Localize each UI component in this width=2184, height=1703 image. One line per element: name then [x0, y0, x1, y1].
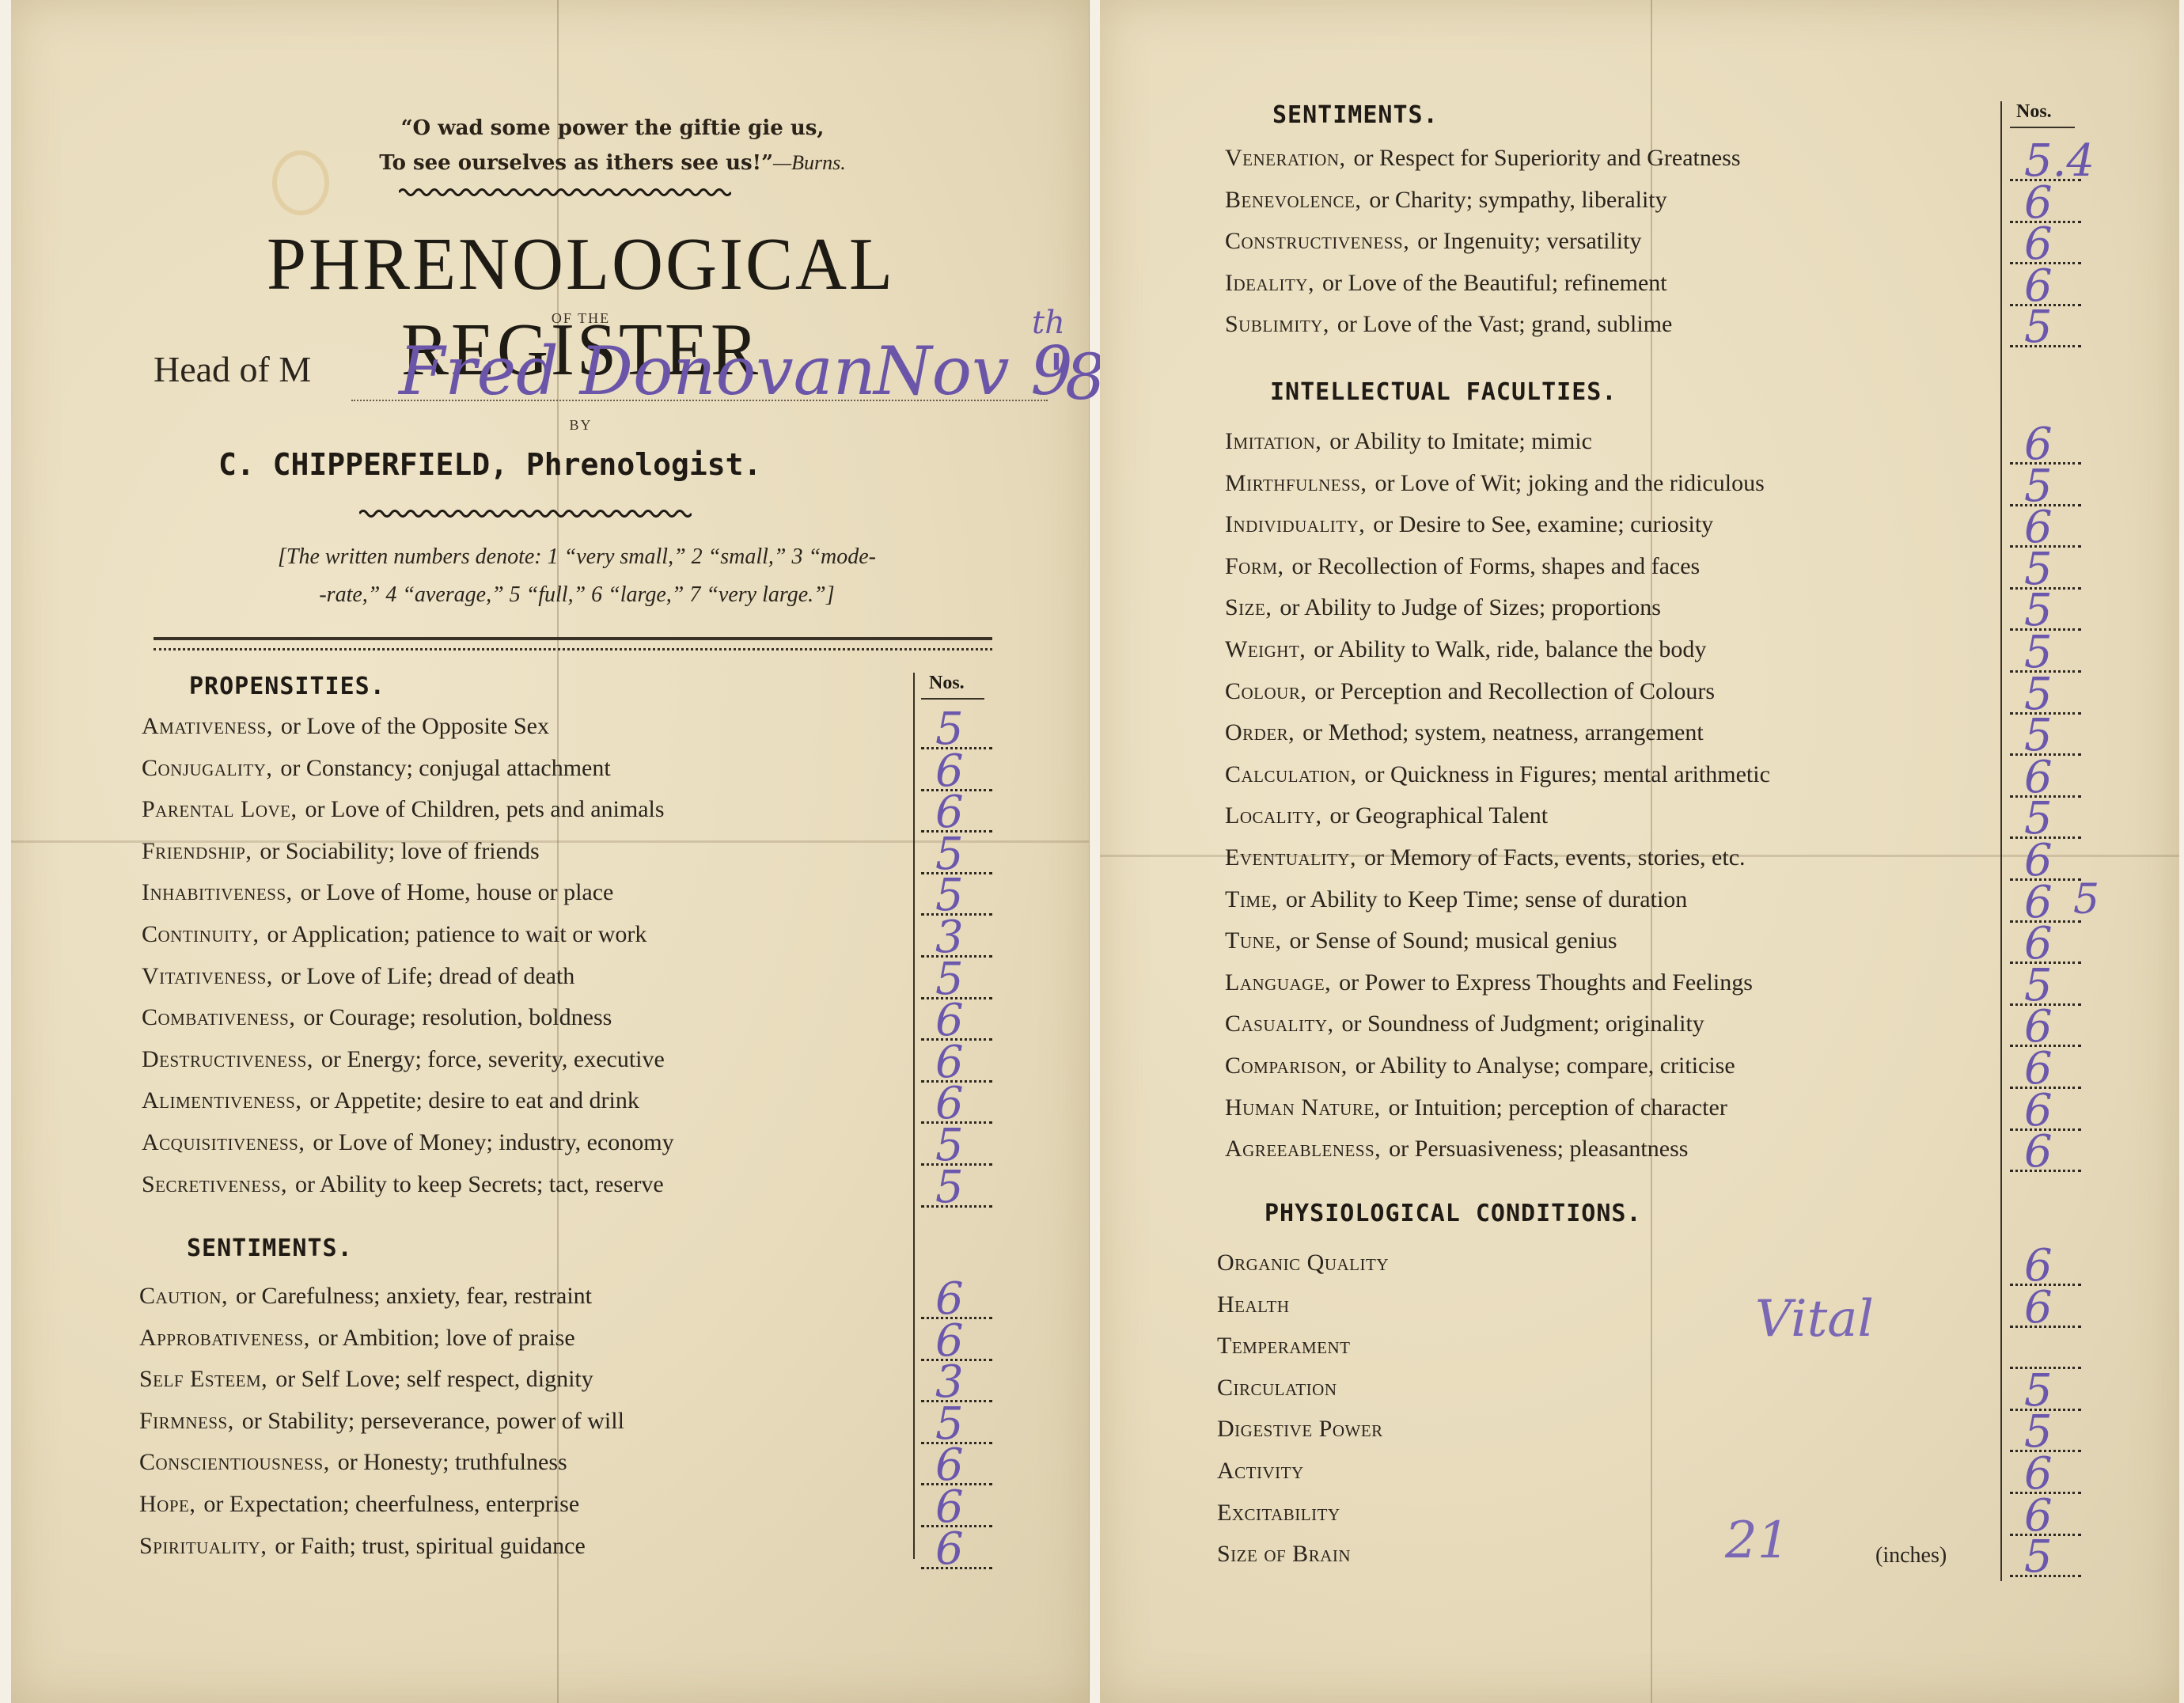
faculty-row: Conjugality,or Constancy; conjugal attac…	[142, 748, 611, 789]
head-of-label: Head of M	[154, 348, 311, 390]
faculty-name: Calculation,	[1225, 761, 1357, 788]
faculty-name: Tune,	[1225, 927, 1281, 954]
score-cell: 5	[2010, 962, 2081, 1006]
nos-column-header: Nos.	[929, 673, 965, 694]
faculty-name: Circulation	[1217, 1375, 1337, 1401]
score-cell: 6	[2010, 1242, 2081, 1286]
score-value: 6	[935, 1527, 964, 1572]
score-cell	[2010, 1326, 2081, 1369]
faculty-row: Excitability	[1217, 1492, 1340, 1534]
faculty-row: Comparison,or Ability to Analyse; compar…	[1225, 1045, 1735, 1087]
faculty-row: Activity	[1217, 1451, 1304, 1492]
faculty-row: Health	[1217, 1284, 1290, 1326]
score-cell: 6	[921, 1039, 992, 1083]
brain-size-note: 21	[1725, 1511, 1789, 1570]
faculty-row: Locality,or Geographical Talent	[1225, 795, 1548, 836]
section-sentiments-left: SENTIMENTS.	[187, 1235, 353, 1262]
faculty-name: Comparison,	[1225, 1053, 1348, 1079]
faculty-description: or Love of Children, pets and animals	[305, 796, 664, 823]
score-cell: 5	[2010, 587, 2081, 631]
faculty-description: or Sociability; love of friends	[260, 838, 539, 865]
faculty-row: Temperament	[1217, 1326, 1351, 1367]
faculty-description: or Ability to Walk, ride, balance the bo…	[1314, 636, 1706, 663]
score-cell: 6	[2010, 180, 2081, 223]
score-cell: 6	[2010, 1284, 2081, 1328]
faculty-description: or Honesty; truthfulness	[338, 1449, 567, 1476]
faculty-name: Agreeableness,	[1225, 1136, 1381, 1163]
faculty-row: Human Nature,or Intuition; perception of…	[1225, 1087, 1727, 1128]
faculty-name: Approbativeness,	[139, 1325, 310, 1352]
faculty-description: or Ability to Analyse; compare, criticis…	[1356, 1053, 1735, 1079]
quote-line-1: “O wad some power the giftie gie us,	[312, 111, 913, 146]
faculty-description: or Ability to Judge of Sizes; proportion…	[1280, 594, 1661, 621]
faculty-name: Locality,	[1225, 802, 1321, 829]
faculty-description: or Recollection of Forms, shapes and fac…	[1292, 553, 1701, 580]
score-cell: 6	[921, 1526, 992, 1569]
faculty-row: Destructiveness,or Energy; force, severi…	[142, 1039, 665, 1080]
faculty-row: Amativeness,or Love of the Opposite Sex	[142, 706, 549, 747]
score-cell: 5.4	[2010, 138, 2081, 181]
score-cell: 5	[2010, 1367, 2081, 1411]
faculty-row: Approbativeness,or Ambition; love of pra…	[139, 1318, 575, 1359]
faculty-name: Friendship,	[142, 838, 252, 865]
faculty-description: or Geographical Talent	[1329, 802, 1548, 829]
nos-column-header-right: Nos.	[2016, 101, 2052, 123]
left-page: “O wad some power the giftie gie us, To …	[11, 0, 1090, 1703]
score-extra-value: 5	[2073, 879, 2099, 920]
faculty-name: Sublimity,	[1225, 311, 1329, 338]
faculty-row: Acquisitiveness,or Love of Money; indust…	[142, 1122, 674, 1163]
score-cell: 6	[921, 1442, 992, 1485]
score-cell: 6	[2010, 1451, 2081, 1494]
faculty-row: Language,or Power to Express Thoughts an…	[1225, 962, 1753, 1003]
score-cell: 6	[2010, 1087, 2081, 1131]
faculty-name: Colour,	[1225, 678, 1306, 705]
score-value: 5	[2024, 305, 2053, 350]
faculty-name: Inhabitiveness,	[142, 879, 293, 906]
faculty-description: or Ambition; love of praise	[318, 1325, 575, 1352]
faculty-name: Combativeness,	[142, 1004, 295, 1031]
right-page: Nos. SENTIMENTS. Veneration,or Respect f…	[1100, 0, 2179, 1703]
quote-line-2: To see ourselves as ithers see us!”	[379, 151, 773, 175]
faculty-row: Parental Love,or Love of Children, pets …	[142, 789, 665, 830]
score-cell: 6	[2010, 263, 2081, 306]
faculty-row: Organic Quality	[1217, 1242, 1389, 1284]
section-physiological-conditions: PHYSIOLOGICAL CONDITIONS.	[1265, 1200, 1642, 1227]
faculty-name: Amativeness,	[142, 713, 273, 740]
score-cell: 5	[921, 706, 992, 749]
temperament-note: Vital	[1755, 1290, 1874, 1348]
faculty-row: Calculation,or Quickness in Figures; men…	[1225, 754, 1770, 795]
score-cell: 6	[921, 748, 992, 791]
faculty-description: or Appetite; desire to eat and drink	[309, 1087, 639, 1114]
faculty-name: Parental Love,	[142, 796, 297, 823]
score-cell: 5	[2010, 1534, 2081, 1577]
score-cell: 6	[921, 1276, 992, 1319]
score-cell: 6	[2010, 504, 2081, 548]
faculty-name: Size,	[1225, 594, 1272, 621]
phrenologist-name: C. CHIPPERFIELD, Phrenologist.	[218, 447, 761, 482]
quote-attribution: —Burns.	[773, 151, 846, 174]
faculty-name: Self Esteem,	[139, 1366, 267, 1393]
nos-header-rule	[921, 698, 984, 700]
faculty-row: Veneration,or Respect for Superiority an…	[1225, 138, 1741, 179]
faculty-row: Individuality,or Desire to See, examine;…	[1225, 504, 1713, 545]
legend-line-2: -rate,” 4 “average,” 5 “full,” 6 “large,…	[150, 576, 1004, 614]
faculty-row: Firmness,or Stability; perseverance, pow…	[139, 1401, 624, 1442]
faculty-row: Vitativeness,or Love of Life; dread of d…	[142, 956, 574, 997]
faculty-row: Self Esteem,or Self Love; self respect, …	[139, 1359, 593, 1400]
faculty-description: or Love of the Beautiful; refinement	[1322, 270, 1667, 297]
faculty-name: Time,	[1225, 886, 1278, 913]
of-the-label: OF THE	[502, 310, 660, 327]
score-cell: 6	[2010, 1003, 2081, 1047]
faculty-description: or Ability to keep Secrets; tact, reserv…	[295, 1171, 664, 1198]
faculty-name: Secretiveness,	[142, 1171, 287, 1198]
faculty-description: or Energy; force, severity, executive	[321, 1046, 665, 1073]
epigraph-quote: “O wad some power the giftie gie us, To …	[312, 111, 913, 180]
faculty-row: Order,or Method; system, neatness, arran…	[1225, 712, 1704, 753]
score-cell: 6	[921, 1080, 992, 1124]
score-cell: 6	[2010, 920, 2081, 964]
subject-name: Fred Donovan	[399, 332, 876, 410]
score-cell: 5	[2010, 712, 2081, 756]
wavy-rule-ornament-2	[359, 508, 692, 519]
nos-column-line	[913, 673, 915, 1559]
faculty-row: Casuality,or Soundness of Judgment; orig…	[1225, 1003, 1704, 1045]
faculty-description: or Application; patience to wait or work	[267, 921, 646, 948]
faculty-row: Ideality,or Love of the Beautiful; refin…	[1225, 263, 1667, 304]
score-cell: 6	[2010, 754, 2081, 798]
faculty-description: or Ingenuity; versatility	[1417, 228, 1641, 255]
exam-date: Nov 9	[874, 332, 1073, 410]
faculty-name: Temperament	[1217, 1333, 1351, 1360]
faculty-name: Acquisitiveness,	[142, 1129, 305, 1156]
score-cell: 3	[921, 1359, 992, 1402]
faculty-description: or Love of Wit; joking and the ridiculou…	[1374, 470, 1764, 497]
faculty-row: Benevolence,or Charity; sympathy, libera…	[1225, 180, 1667, 221]
faculty-description: or Ability to Imitate; mimic	[1329, 428, 1592, 455]
score-cell: 6	[921, 1318, 992, 1361]
faculty-row: Caution,or Carefulness; anxiety, fear, r…	[139, 1276, 592, 1317]
faculty-name: Order,	[1225, 719, 1295, 746]
section-intellectual-faculties: INTELLECTUAL FACULTIES.	[1270, 378, 1617, 406]
faculty-name: Benevolence,	[1225, 187, 1361, 214]
faculty-description: or Charity; sympathy, liberality	[1369, 187, 1666, 214]
section-propensities: PROPENSITIES.	[189, 673, 385, 700]
faculty-row: Time,or Ability to Keep Time; sense of d…	[1225, 879, 1687, 920]
faculty-name: Conjugality,	[142, 755, 272, 782]
faculty-description: or Carefulness; anxiety, fear, restraint	[236, 1283, 592, 1310]
faculty-description: or Love of the Opposite Sex	[281, 713, 549, 740]
faculty-row: Combativeness,or Courage; resolution, bo…	[142, 997, 612, 1038]
faculty-description: or Sense of Sound; musical genius	[1289, 927, 1617, 954]
faculty-name: Veneration,	[1225, 145, 1345, 172]
faculty-name: Caution,	[139, 1283, 228, 1310]
faculty-row: Colour,or Perception and Recollection of…	[1225, 671, 1715, 712]
faculty-description: or Love of Home, house or place	[301, 879, 614, 906]
score-cell: 6	[921, 789, 992, 833]
faculty-name: Eventuality,	[1225, 844, 1356, 871]
faculty-name: Ideality,	[1225, 270, 1314, 297]
score-cell: 5	[2010, 546, 2081, 590]
faculty-description: or Expectation; cheerfulness, enterprise	[203, 1491, 579, 1518]
faculty-name: Weight,	[1225, 636, 1306, 663]
score-value: 6	[2024, 1286, 2053, 1330]
legend-line-1: [The written numbers denote: 1 “very sma…	[150, 538, 1004, 576]
faculty-row: Continuity,or Application; patience to w…	[142, 914, 646, 955]
nos-header-rule-right	[2010, 127, 2075, 128]
faculty-row: Weight,or Ability to Walk, ride, balance…	[1225, 629, 1706, 670]
inches-unit-label: (inches)	[1875, 1543, 1947, 1568]
score-cell: 5	[2010, 304, 2081, 347]
score-value: 6	[2024, 1130, 2053, 1174]
date-superscript: th	[1032, 305, 1065, 341]
faculty-name: Mirthfulness,	[1225, 470, 1367, 497]
faculty-name: Organic Quality	[1217, 1250, 1389, 1276]
faculty-name: Digestive Power	[1217, 1416, 1383, 1443]
score-value: 5	[2024, 1535, 2053, 1580]
faculty-row: Imitation,or Ability to Imitate; mimic	[1225, 421, 1592, 462]
faculty-name: Size of Brain	[1217, 1541, 1351, 1568]
faculty-description: or Power to Express Thoughts and Feeling…	[1339, 969, 1753, 996]
faculty-description: or Intuition; perception of character	[1389, 1094, 1727, 1121]
wavy-rule-ornament	[399, 187, 731, 198]
faculty-name: Imitation,	[1225, 428, 1321, 455]
faculty-row: Inhabitiveness,or Love of Home, house or…	[142, 872, 613, 913]
double-rule-divider	[154, 637, 992, 650]
faculty-row: Digestive Power	[1217, 1409, 1383, 1450]
score-cell: 6	[2010, 1045, 2081, 1089]
faculty-row: Mirthfulness,or Love of Wit; joking and …	[1225, 463, 1765, 504]
score-cell: 6	[2010, 837, 2081, 881]
faculty-name: Activity	[1217, 1458, 1304, 1485]
score-cell: 5	[921, 1164, 992, 1208]
by-label: BY	[502, 417, 660, 434]
faculty-name: Human Nature,	[1225, 1094, 1381, 1121]
faculty-row: Constructiveness,or Ingenuity; versatili…	[1225, 221, 1641, 262]
faculty-name: Individuality,	[1225, 511, 1365, 538]
faculty-row: Alimentiveness,or Appetite; desire to ea…	[142, 1080, 639, 1121]
faculty-name: Form,	[1225, 553, 1284, 580]
faculty-row: Sublimity,or Love of the Vast; grand, su…	[1225, 304, 1672, 345]
faculty-description: or Courage; resolution, boldness	[303, 1004, 612, 1031]
faculty-description: or Love of Money; industry, economy	[313, 1129, 673, 1156]
faculty-description: or Memory of Facts, events, stories, etc…	[1364, 844, 1746, 871]
faculty-row: Eventuality,or Memory of Facts, events, …	[1225, 837, 1746, 878]
faculty-description: or Method; system, neatness, arrangement	[1302, 719, 1704, 746]
faculty-name: Constructiveness,	[1225, 228, 1409, 255]
faculty-name: Spirituality,	[139, 1533, 267, 1560]
faculty-name: Alimentiveness,	[142, 1087, 301, 1114]
score-cell: 5	[921, 1401, 992, 1444]
faculty-row: Tune,or Sense of Sound; musical genius	[1225, 920, 1617, 961]
faculty-name: Conscientiousness,	[139, 1449, 330, 1476]
faculty-row: Friendship,or Sociability; love of frien…	[142, 831, 540, 872]
faculty-description: or Quickness in Figures; mental arithmet…	[1365, 761, 1770, 788]
score-cell: 6	[2010, 1492, 2081, 1536]
score-cell: 65	[2010, 879, 2081, 923]
faculty-description: or Respect for Superiority and Greatness	[1353, 145, 1740, 172]
faculty-row: Spirituality,or Faith; trust, spiritual …	[139, 1526, 586, 1567]
score-cell: 5	[2010, 629, 2081, 673]
score-cell: 5	[2010, 671, 2081, 715]
score-cell: 6	[2010, 421, 2081, 465]
score-cell: 6	[2010, 1128, 2081, 1172]
score-cell: 6	[921, 997, 992, 1041]
faculty-name: Language,	[1225, 969, 1331, 996]
faculty-description: or Stability; perseverance, power of wil…	[242, 1408, 624, 1435]
faculty-name: Vitativeness,	[142, 963, 273, 990]
faculty-description: or Desire to See, examine; curiosity	[1373, 511, 1713, 538]
faculty-row: Size of Brain	[1217, 1534, 1351, 1575]
faculty-name: Casuality,	[1225, 1011, 1334, 1037]
nos-column-line-right	[2000, 101, 2002, 1581]
score-cell: 5	[2010, 1409, 2081, 1452]
faculty-row: Agreeableness,or Persuasiveness; pleasan…	[1225, 1128, 1688, 1170]
score-cell: 5	[921, 831, 992, 874]
faculty-description: or Perception and Recollection of Colour…	[1314, 678, 1715, 705]
faculty-description: or Self Love; self respect, dignity	[275, 1366, 593, 1393]
faculty-name: Hope,	[139, 1491, 195, 1518]
faculty-name: Firmness,	[139, 1408, 234, 1435]
faculty-name: Destructiveness,	[142, 1046, 313, 1073]
score-cell: 3	[921, 914, 992, 958]
faculty-description: or Love of the Vast; grand, sublime	[1337, 311, 1673, 338]
section-sentiments-right: SENTIMENTS.	[1272, 101, 1439, 129]
faculty-description: or Love of Life; dread of death	[281, 963, 575, 990]
scale-legend: [The written numbers denote: 1 “very sma…	[150, 538, 1004, 614]
faculty-row: Size,or Ability to Judge of Sizes; propo…	[1225, 587, 1661, 628]
faculty-row: Secretiveness,or Ability to keep Secrets…	[142, 1164, 664, 1205]
faculty-description: or Constancy; conjugal attachment	[280, 755, 610, 782]
faculty-description: or Persuasiveness; pleasantness	[1389, 1136, 1688, 1163]
faculty-row: Circulation	[1217, 1367, 1337, 1409]
faculty-description: or Ability to Keep Time; sense of durati…	[1286, 886, 1687, 913]
faculty-row: Hope,or Expectation; cheerfulness, enter…	[139, 1484, 579, 1525]
score-cell: 6	[2010, 221, 2081, 264]
score-value: 5	[935, 1166, 964, 1210]
score-cell: 5	[2010, 795, 2081, 839]
faculty-row: Form,or Recollection of Forms, shapes an…	[1225, 546, 1700, 587]
score-cell: 6	[921, 1484, 992, 1527]
faculty-name: Excitability	[1217, 1500, 1340, 1527]
faculty-description: or Faith; trust, spiritual guidance	[275, 1533, 585, 1560]
score-cell: 5	[921, 1122, 992, 1166]
faculty-row: Conscientiousness,or Honesty; truthfulne…	[139, 1442, 567, 1483]
score-cell: 5	[921, 956, 992, 999]
faculty-name: Health	[1217, 1291, 1290, 1318]
faculty-name: Continuity,	[142, 921, 259, 948]
score-cell: 5	[921, 872, 992, 916]
faculty-description: or Soundness of Judgment; originality	[1342, 1011, 1704, 1037]
score-cell: 5	[2010, 463, 2081, 506]
